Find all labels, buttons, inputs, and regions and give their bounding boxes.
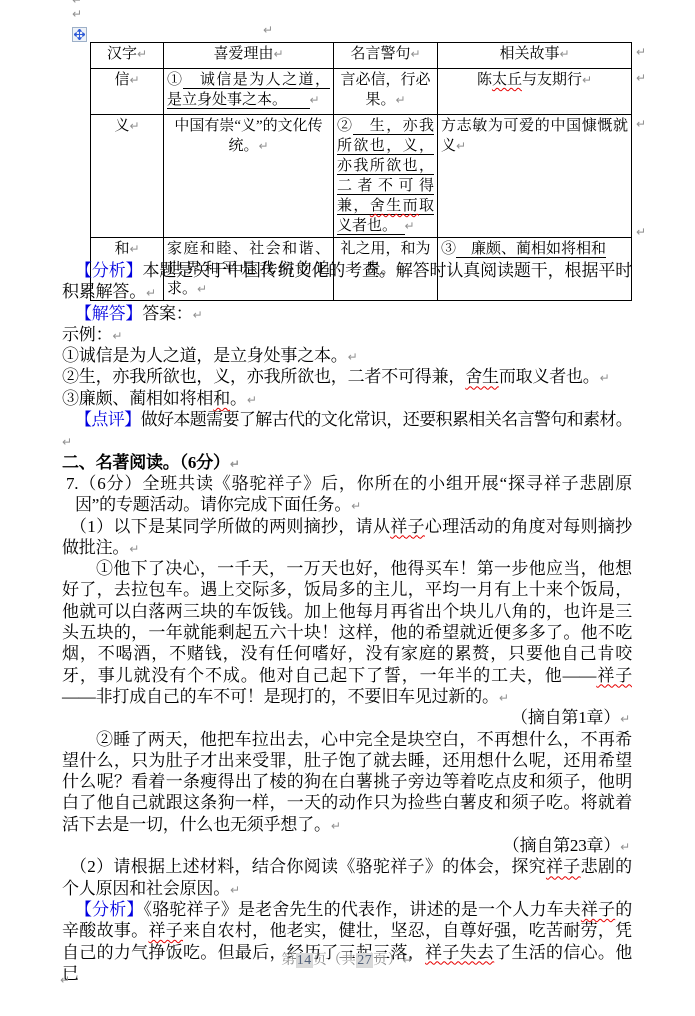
text-run: 言必信，行必果。 xyxy=(340,72,430,108)
excerpt-2-source: （摘自第23章）↵ xyxy=(62,835,632,856)
text-run: （2）请根据上述材料，结合你阅读《骆驼祥子》的体会，探究 xyxy=(70,857,546,876)
text-run: 页（共 xyxy=(313,953,357,968)
question-7: 7.（6分）全班共读《骆驼祥子》后，你所在的小组开展“探寻祥子悲剧原因”的专题活… xyxy=(62,473,632,516)
comment-note: 【点评】做好本题需要了解古代的文化常识，还要积累相关名言警句和素材。↵ xyxy=(62,409,632,452)
text-run: 示例： xyxy=(62,325,112,344)
text-run: ① xyxy=(167,72,183,88)
answer-underline-text: 廉颇、蔺相如将相和 xyxy=(456,241,606,258)
text-run: ——非打成自己的车不可！是现打的，不要旧车见过新的。 xyxy=(62,687,499,706)
text-run: ②睡了两天，他把车拉出去，心中完全是块空白，不再想什么，不再希望什么，只为肚子才… xyxy=(62,730,632,834)
pilcrow-mark: ↵ xyxy=(230,457,240,471)
text-run: （摘自第23章） xyxy=(503,836,620,855)
pilcrow-mark: ↵ xyxy=(636,46,646,58)
misspelled-text: 祥子 xyxy=(596,666,632,685)
pilcrow-mark: ↵ xyxy=(499,691,509,705)
pilcrow-mark: ↵ xyxy=(247,393,257,407)
pilcrow-mark: ↵ xyxy=(636,118,646,130)
text-run: 。 xyxy=(230,389,247,408)
table-header-row: 汉字↵喜爱理由↵名言警句↵相关故事↵ xyxy=(91,43,632,69)
text-run: 名言警句 xyxy=(350,46,410,62)
label-text: 【分析】 xyxy=(75,900,144,919)
pilcrow-mark: ↵ xyxy=(60,974,70,986)
table-cell: 名言警句↵ xyxy=(334,43,438,69)
misspelled-text: 祥子 xyxy=(581,900,615,919)
answer-underline-text: 诚信是为人之道，是立身处事之本。 xyxy=(167,72,330,109)
text-run: ③廉颇、蔺相如将相 xyxy=(62,389,213,408)
pilcrow-mark: ↵ xyxy=(129,542,139,556)
pilcrow-mark: ↵ xyxy=(348,350,358,364)
example-label: 示例：↵ xyxy=(62,324,632,345)
pilcrow-mark: ↵ xyxy=(72,0,82,6)
body-text: 【分析】本题是关于中国传统文化的考查。解答时认真阅读题干，根据平时积累解答。↵【… xyxy=(62,260,632,984)
pilcrow-mark: ↵ xyxy=(636,72,646,84)
table-row: 信↵① 诚信是为人之道，是立身处事之本。 ↵言必信，行必果。↵陈太丘与友期行↵ xyxy=(91,69,632,115)
pilcrow-mark: ↵ xyxy=(395,93,405,107)
text-run: 页） xyxy=(373,953,402,968)
text-run: 方志敏为可爱的中国慷慨就义 xyxy=(441,118,628,154)
pilcrow-mark: ↵ xyxy=(193,308,203,322)
pilcrow-mark: ↵ xyxy=(351,499,361,513)
table-cell: 汉字↵ xyxy=(91,43,164,69)
text-run: 而取义者也。 xyxy=(499,367,600,386)
table-move-icon xyxy=(74,29,85,40)
pilcrow-mark: ↵ xyxy=(129,73,139,87)
pilcrow-mark: ↵ xyxy=(230,883,240,897)
table-cell: 相关故事↵ xyxy=(438,43,632,69)
task-2: （2）请根据上述材料，结合你阅读《骆驼祥子》的体会，探究祥子悲剧的个人原因和社会… xyxy=(62,856,632,899)
text-run: 义 xyxy=(114,118,129,134)
excerpt-1-source: （摘自第1章）↵ xyxy=(62,707,632,728)
page-footer: 第14页（共27页）↵ xyxy=(62,949,632,969)
text-run: 汉字 xyxy=(107,46,137,62)
pilcrow-mark: ↵ xyxy=(582,73,592,87)
answer-item-2: ②生，亦我所欲也，义，亦我所欲也，二者不可得兼，舍生而取义者也。↵ xyxy=(62,366,632,387)
misspelled-text: 祥子 xyxy=(546,857,581,876)
table-cell: ① 诚信是为人之道，是立身处事之本。 ↵ xyxy=(164,69,334,115)
text-run: 信 xyxy=(114,72,129,88)
table-cell: 陈太丘与友期行↵ xyxy=(438,69,632,115)
text-run: （1）以下是某同学所做的两则摘抄，请从 xyxy=(70,517,390,536)
text-run: ② xyxy=(337,118,353,134)
analysis-note-1: 【分析】本题是关于中国传统文化的考查。解答时认真阅读题干，根据平时积累解答。↵ xyxy=(62,260,632,303)
pilcrow-mark: ↵ xyxy=(559,47,569,61)
pilcrow-mark: ↵ xyxy=(112,329,122,343)
text-run: 答案： xyxy=(142,304,192,323)
table-cell: 言必信，行必果。↵ xyxy=(334,69,438,115)
text-run: ①诚信是为人之道，是立身处事之本。 xyxy=(62,346,348,365)
misspelled-text: 祥子 xyxy=(148,921,183,940)
pilcrow-mark: ↵ xyxy=(310,93,320,107)
pilcrow-mark: ↵ xyxy=(600,371,610,385)
page-number-field: 27 xyxy=(356,953,373,968)
text-run: 相关故事 xyxy=(499,46,559,62)
section-heading: 二、名著阅读。（6分）↵ xyxy=(62,452,632,473)
pilcrow-mark: ↵ xyxy=(258,139,268,153)
table-cell: 喜爱理由↵ xyxy=(164,43,334,69)
pilcrow-mark: ↵ xyxy=(620,712,630,726)
table-cell: 信↵ xyxy=(91,69,164,115)
analysis-note-2: 【分析】《骆驼祥子》是老舍先生的代表作，讲述的是一个人力车夫祥子的辛酸故事。祥子… xyxy=(62,899,632,984)
pilcrow-mark: ↵ xyxy=(410,47,420,61)
pilcrow-mark: ↵ xyxy=(137,47,147,61)
task-1: （1）以下是某同学所做的两则摘抄，请从祥子心理活动的角度对每则摘抄做批注。↵ xyxy=(62,516,632,559)
text-run: 与友期行 xyxy=(522,72,582,88)
pilcrow-mark: ↵ xyxy=(636,226,646,238)
answer-misspelled-text: 舍生而 xyxy=(370,198,419,215)
misspelled-text: 和 xyxy=(213,389,230,408)
text-run: 《骆驼祥子》是老舍先生的代表作，讲述的是一个人力车夫 xyxy=(144,900,581,919)
text-run: 中国有崇“义”的文化传统。 xyxy=(174,118,322,154)
label-text: 【解答】 xyxy=(75,304,142,323)
label-text: 【分析】 xyxy=(75,261,143,280)
document-page: ↵ ↵ ↵ 汉字↵喜爱理由↵名言警句↵相关故事↵信↵① 诚信是为人之道，是立身处… xyxy=(0,0,695,1016)
text-run: ③ xyxy=(441,241,456,257)
excerpt-1: ①他下了决心，一千天，一万天也好，他得买车！第一步他应当，他想好了，去拉包车。遇… xyxy=(62,558,632,707)
table-cell: 方志敏为可爱的中国慷慨就义↵ xyxy=(438,115,632,238)
table-cell: ② 生，亦我所欲也，义，亦我所欲也，二者不可得兼，舍生而取义者也。 ↵ xyxy=(334,115,438,238)
excerpt-2: ②睡了两天，他把车拉出去，心中完全是块空白，不再想什么，不再希望什么，只为肚子才… xyxy=(62,729,632,835)
text-run: 7.（6分）全班共读《骆驼祥子》后，你所在的小组开展“探寻祥子悲剧原因”的专题活… xyxy=(66,474,632,514)
text-run: 陈 xyxy=(477,72,492,88)
text-run: （摘自第1章） xyxy=(511,708,620,727)
pilcrow-mark: ↵ xyxy=(620,840,630,854)
page-number-field: 14 xyxy=(296,953,313,968)
table-cell: 中国有崇“义”的文化传统。↵ xyxy=(164,115,334,238)
answer-item-3: ③廉颇、蔺相如将相和。↵ xyxy=(62,388,632,409)
text-run: 和 xyxy=(114,241,129,257)
misspelled-text: 舍生 xyxy=(465,367,499,386)
text-run: 喜爱理由 xyxy=(213,46,273,62)
pilcrow-mark: ↵ xyxy=(129,119,139,133)
text-run: 二、名著阅读。（6分） xyxy=(62,453,230,472)
pilcrow-mark: ↵ xyxy=(146,286,156,300)
pilcrow-mark: ↵ xyxy=(273,47,283,61)
text-run: 做好本题需要了解古代的文化常识，还要积累相关名言警句和素材。 xyxy=(141,410,632,429)
pilcrow-mark: ↵ xyxy=(405,219,415,233)
table-row: 义↵中国有崇“义”的文化传统。↵② 生，亦我所欲也，义，亦我所欲也，二者不可得兼… xyxy=(91,115,632,238)
misspelled-text: 太丘 xyxy=(492,72,522,88)
table-move-handle[interactable] xyxy=(72,27,87,42)
pilcrow-mark: ↵ xyxy=(263,24,273,36)
text-run: ②生，亦我所欲也，义，亦我所欲也，二者不可得兼， xyxy=(62,367,465,386)
text-run: 第 xyxy=(281,953,296,968)
pilcrow-mark: ↵ xyxy=(331,819,341,833)
pilcrow-mark: ↵ xyxy=(62,435,71,449)
label-text: 【点评】 xyxy=(75,410,141,429)
answer-item-1: ①诚信是为人之道，是立身处事之本。↵ xyxy=(62,345,632,366)
pilcrow-mark: ↵ xyxy=(72,8,82,20)
text-run: ①他下了决心，一千天，一万天也好，他得买车！第一步他应当，他想好了，去拉包车。遇… xyxy=(62,559,632,684)
table-cell: 义↵ xyxy=(91,115,164,238)
pilcrow-mark: ↵ xyxy=(402,953,413,967)
pilcrow-mark: ↵ xyxy=(456,139,466,153)
misspelled-text: 祥子 xyxy=(390,517,425,536)
answer-label: 【解答】答案：↵ xyxy=(62,303,632,324)
pilcrow-mark: ↵ xyxy=(129,242,139,256)
